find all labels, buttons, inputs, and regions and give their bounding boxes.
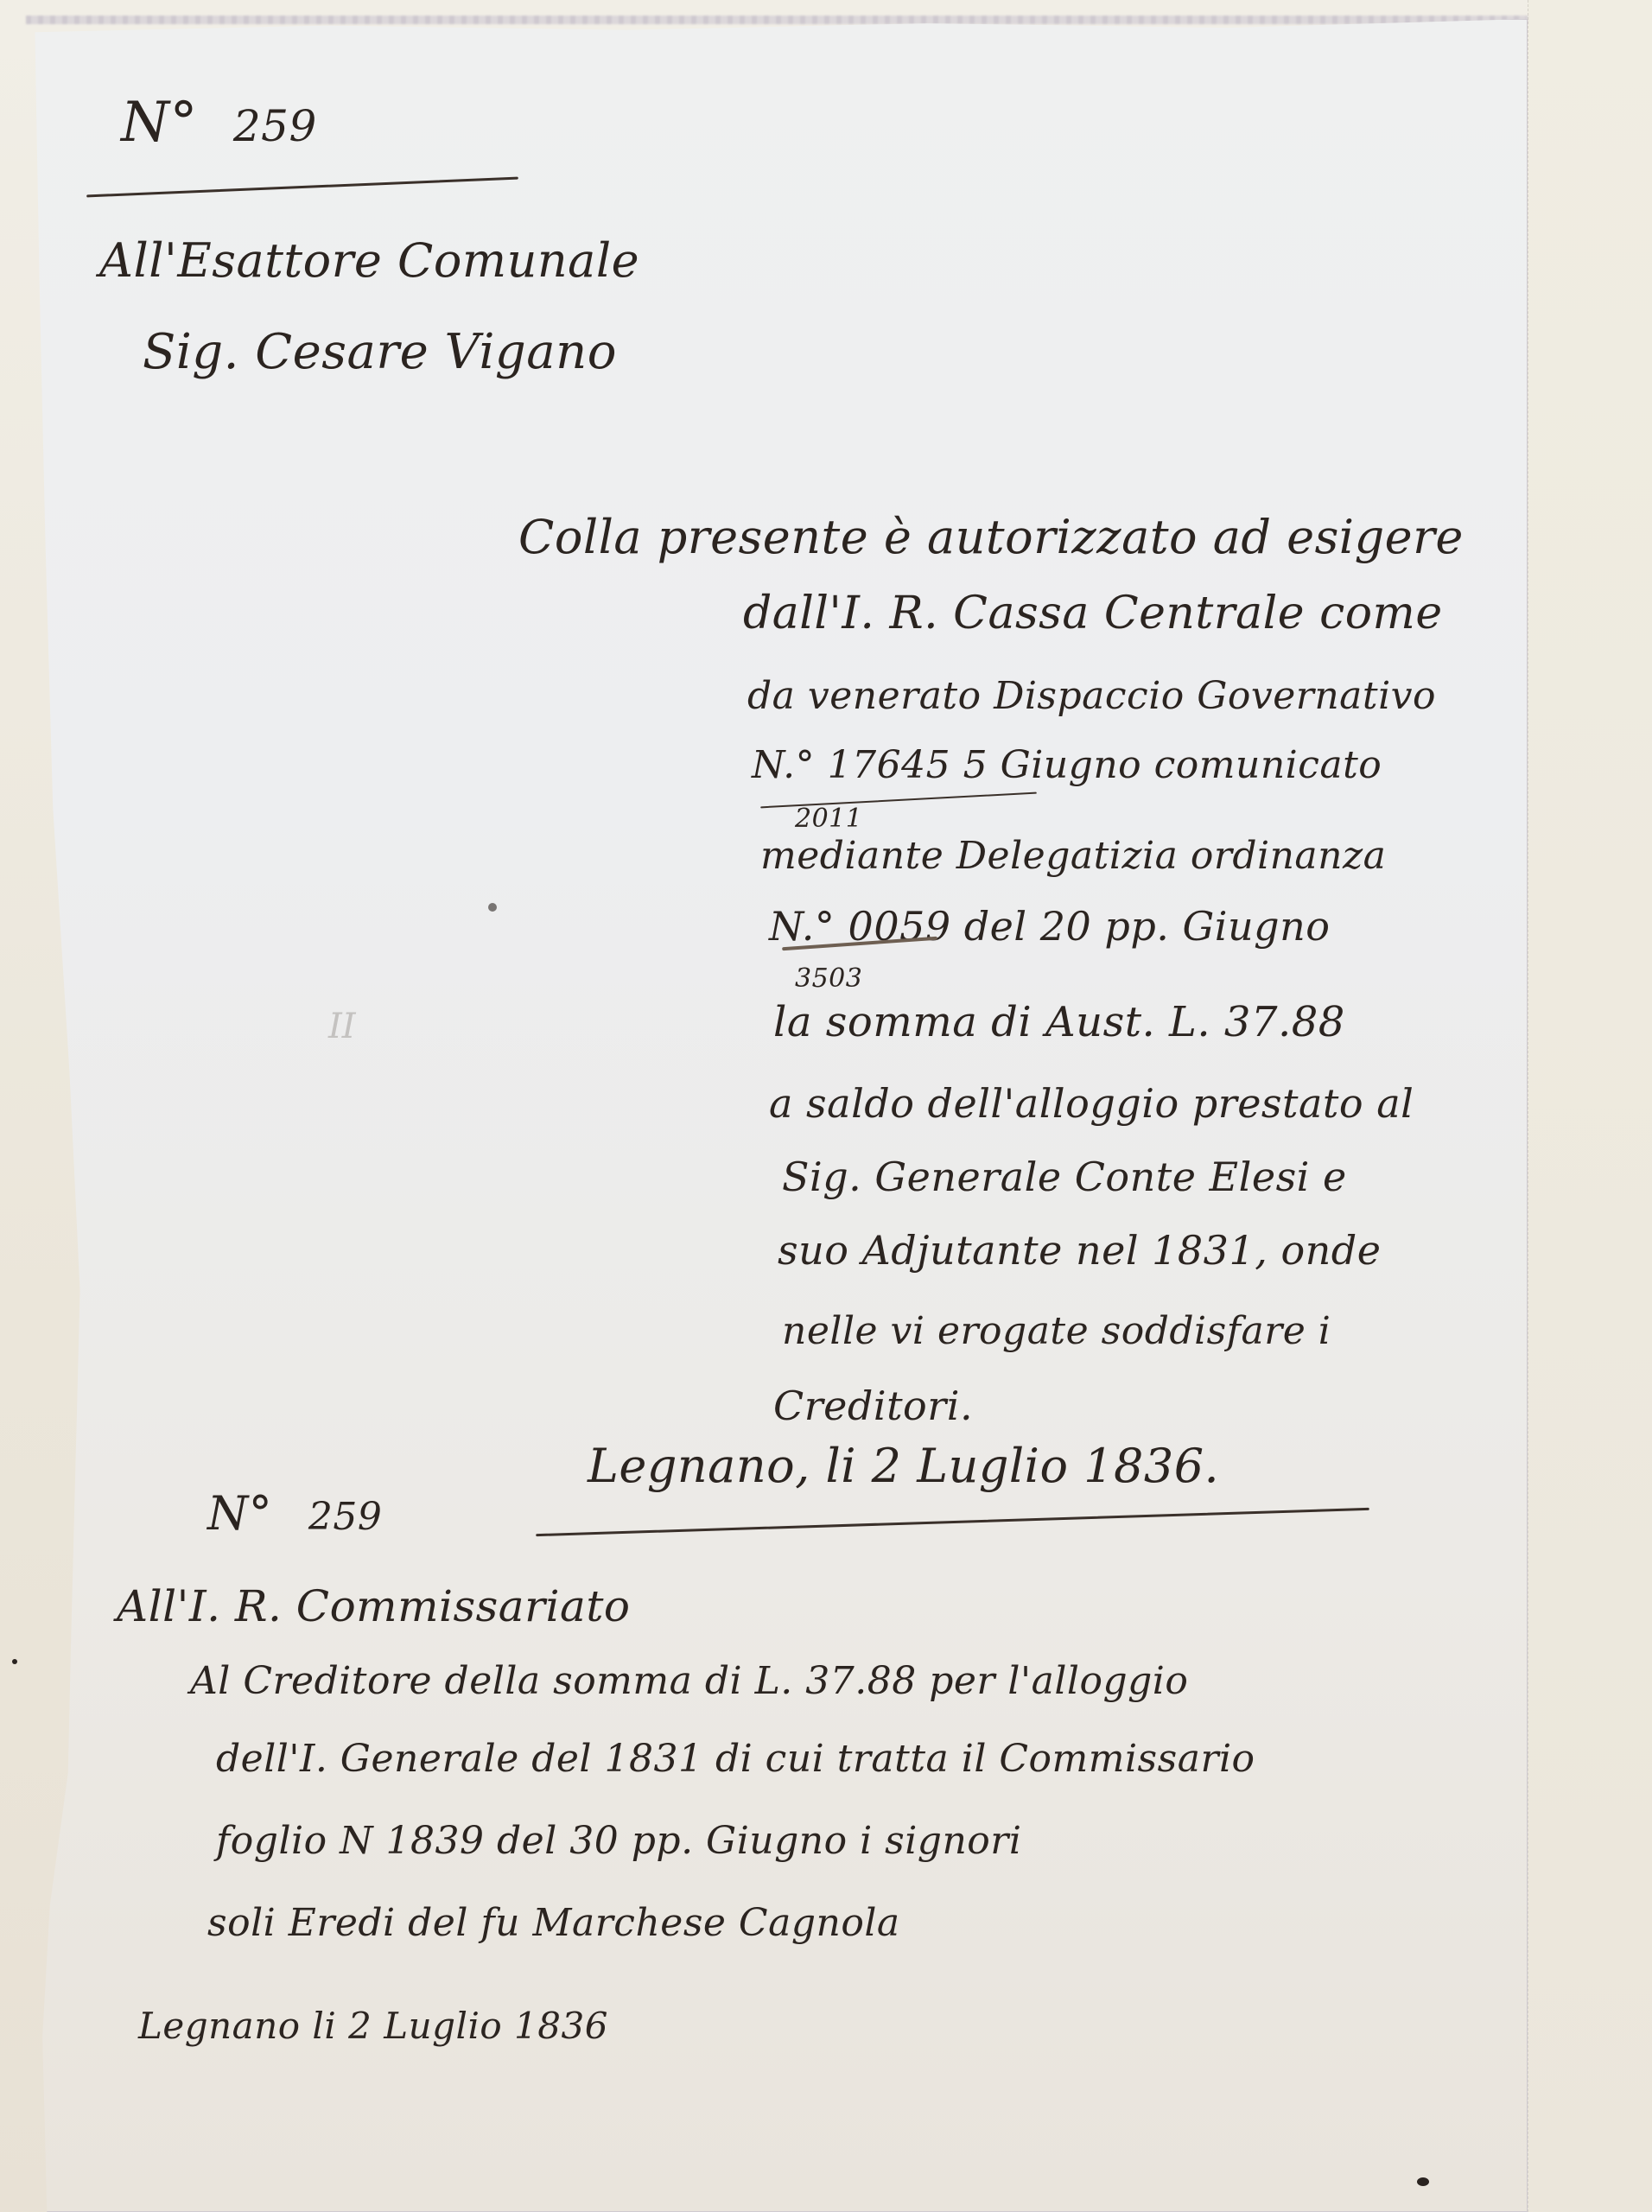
body-line-12: Creditori.	[773, 1382, 973, 1429]
bleed-through: II	[328, 1007, 356, 1046]
body-line-7: la somma di Aust. L. 37.88	[773, 998, 1345, 1046]
marginal-note-2011: 2011	[795, 804, 862, 834]
body-line-11: nelle vi erogate soddisfare i	[782, 1309, 1331, 1353]
addressee-line-1: All'Esattore Comunale	[99, 233, 639, 288]
body-line-9: Sig. Generale Conte Elesi e	[782, 1154, 1347, 1200]
body-line-1: Colla presente è autorizzato ad esigere	[518, 510, 1464, 564]
body-line-8: a saldo dell'alloggio prestato al	[769, 1080, 1414, 1127]
body-line-3: da venerato Dispaccio Governativo	[747, 674, 1436, 718]
second-addressee: All'I. R. Commissariato	[117, 1581, 631, 1631]
second-place-date: Legnano li 2 Luglio 1836	[138, 2005, 608, 2047]
protocol-header: N° 259	[121, 91, 317, 155]
ink-speck	[12, 1659, 17, 1664]
addressee-line-2: Sig. Cesare Vigano	[143, 324, 617, 380]
second-body-line-3: foglio N 1839 del 30 pp. Giugno i signor…	[216, 1819, 1021, 1863]
body-line-10: suo Adjutante nel 1831, onde	[778, 1227, 1381, 1274]
protocol-number: 259	[233, 101, 317, 151]
second-body-line-4: soli Eredi del fu Marchese Cagnola	[207, 1901, 900, 1945]
second-protocol-header: N° 259	[207, 1486, 382, 1541]
second-protocol-number: 259	[308, 1495, 382, 1539]
place-date: Legnano, li 2 Luglio 1836.	[588, 1439, 1219, 1493]
second-body-line-2: dell'I. Generale del 1831 di cui tratta …	[216, 1737, 1255, 1781]
protocol-symbol: N°	[121, 91, 198, 155]
body-line-2: dall'I. R. Cassa Centrale come	[743, 588, 1443, 639]
background-surface	[1528, 0, 1652, 2212]
ink-speck	[488, 903, 497, 912]
second-protocol-symbol: N°	[207, 1486, 272, 1541]
scene: N° 259 All'Esattore Comunale Sig. Cesare…	[0, 0, 1652, 2212]
ink-speck	[1417, 2177, 1429, 2186]
second-body-line-1: Al Creditore della somma di L. 37.88 per…	[190, 1659, 1188, 1703]
body-line-5: mediante Delegatizia ordinanza	[760, 834, 1386, 878]
body-line-4: N.° 17645 5 Giugno comunicato	[752, 743, 1382, 787]
marginal-note-3503: 3503	[795, 963, 862, 994]
torn-top-edge	[26, 16, 1528, 24]
